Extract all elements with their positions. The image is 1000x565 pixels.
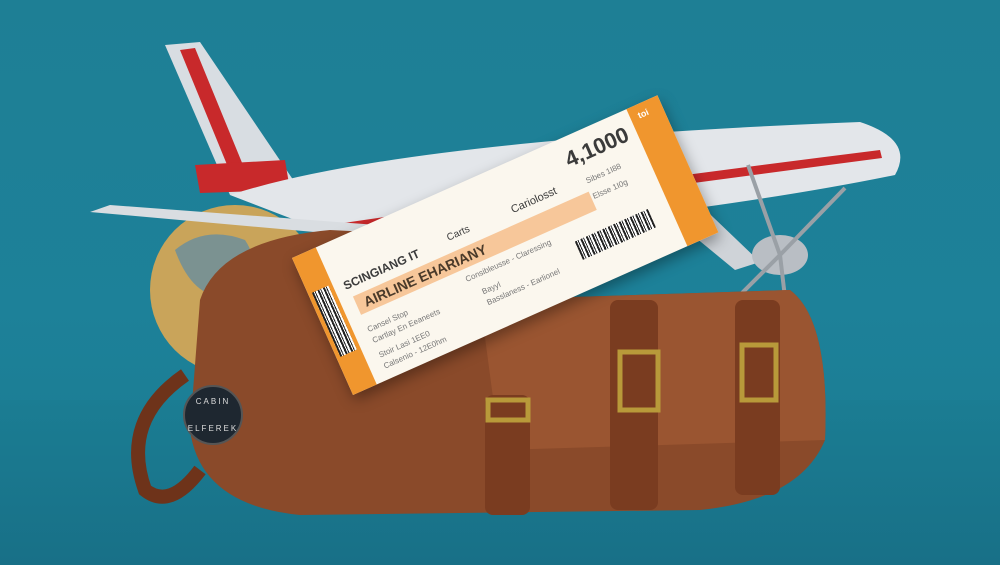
ticket-barcode: [575, 209, 656, 260]
seal-text-bottom: ELFEREK: [185, 424, 241, 433]
ticket-field-label: Carts: [445, 224, 471, 244]
bag-strap: [485, 395, 530, 515]
bag-strap: [610, 300, 658, 510]
ticket-side-tag: toi: [636, 107, 650, 121]
seal-text-top: CABIN: [185, 397, 241, 406]
bag-seal-badge: CABIN ELFEREK: [183, 385, 243, 445]
